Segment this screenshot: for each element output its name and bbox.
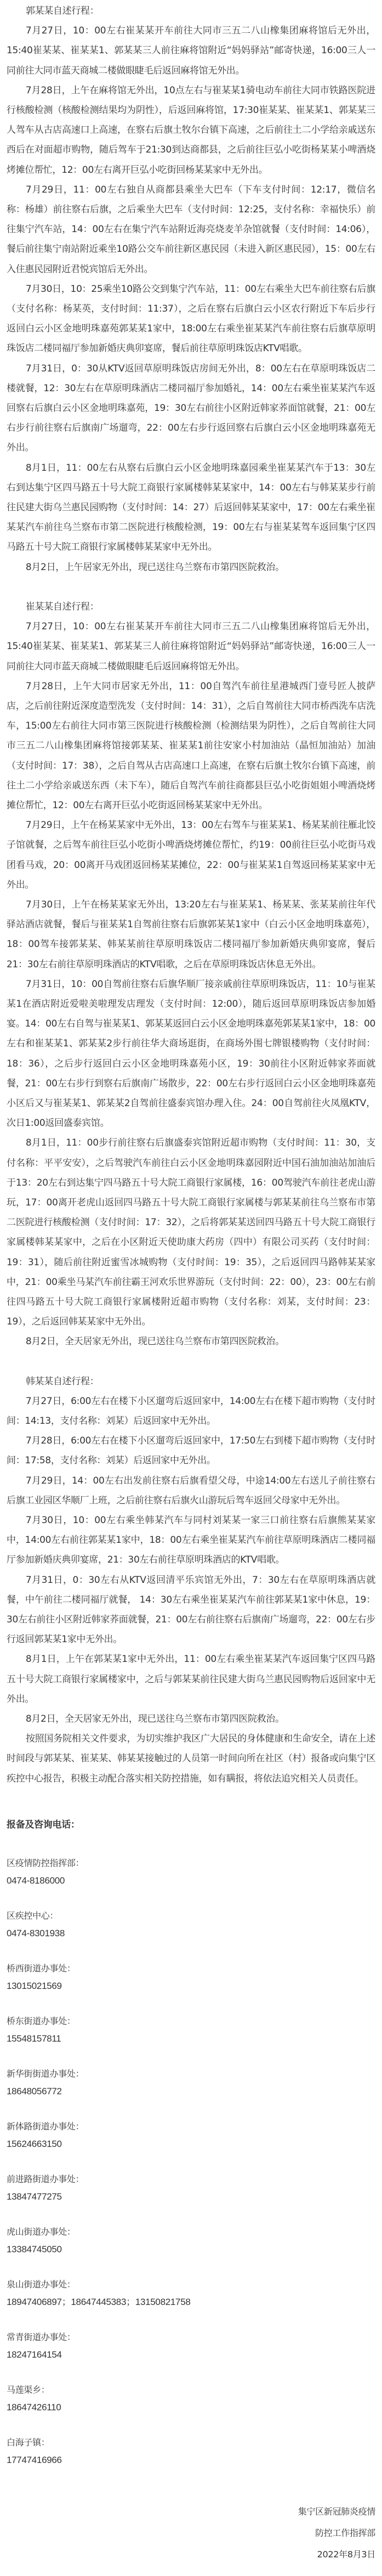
contact-item: 区疾控中心： 0474-8301938 [7,1907,375,1942]
itinerary-section-han: 韩某某自述行程： 7月27日，6:00左右在楼下小区遛弯后返回家中，14:00左… [7,1372,375,1789]
contact-item: 前进路街道办事处： 13847477275 [7,2171,375,2206]
contact-item: 新华街街道办事处： 18648056772 [7,2065,375,2100]
itinerary-paragraph: 7月31日，0：30左右从KTV返回清平乐宾馆无外出，7：30左右在草原明珠酒店… [7,1570,375,1650]
contact-item: 常青街道办事处： 18247164154 [7,2329,375,2364]
signature-org-line1: 集宁区新冠肺炎疫情 [7,2501,375,2522]
contact-label: 桥西街道办事处： [7,1960,375,1977]
section-title: 崔某某自述行程： [7,597,375,617]
itinerary-paragraph: 7月28日，上午在麻将馆无外出，10点左右与崔某某1骑电动车前往大同市铁路医院进… [7,81,375,180]
contact-label: 新体路街道办事处： [7,2118,375,2135]
itinerary-paragraph: 8月1日，11：00左右从察右后旗白云小区金地明珠嘉园乘坐崔某某汽车于13：30… [7,458,375,557]
itinerary-paragraph: 8月2日，全天居家无外出，现已送往乌兰察布市第四医院救治。 [7,1332,375,1351]
document-page: 郭某某自述行程： 7月27日，10：00左右崔某某开车前往大同市三五二八山橡集团… [0,0,382,2576]
contact-phone: 15548157811 [7,2030,375,2048]
itinerary-paragraph: 7月28日，6:00左右在楼下小区遛弯后返回家中，17:50左右到楼下超市购物（… [7,1431,375,1470]
contact-item: 桥西街道办事处： 13015021569 [7,1960,375,1995]
itinerary-paragraph: 7月30日，10：00左右乘坐韩某汽车与同村刘某某一家三口前往察右后旗熊某某家中… [7,1510,375,1570]
itinerary-paragraph: 7月28日，上午大同市居家无外出，11：00自驾汽车前往星港城西门壹号匠人披萨店… [7,677,375,815]
itinerary-paragraph: 7月30日，上午在杨某某家无外出，13:20左右与崔某某1、杨某某、张某某前往年… [7,895,375,974]
itinerary-paragraph: 7月31日，0：30从KTV返回草原明珠饭店房间无外出，8：00左右在草原明珠饭… [7,359,375,458]
contacts-heading: 报备及咨询电话： [7,1815,375,1835]
contact-phone: 0474-8301938 [7,1925,375,1942]
contact-phone: 13384745050 [7,2241,375,2258]
contact-phone: 17747416966 [7,2451,375,2469]
contact-phone: 0474-8186000 [7,1872,375,1890]
contact-label: 马莲渠乡： [7,2381,375,2399]
itinerary-paragraph: 8月1日，11：00步行前往察右后旗盛泰宾馆附近超市购物（支付时间：11：30，… [7,1133,375,1332]
contact-phone: 13847477275 [7,2188,375,2206]
contact-item: 桥东街道办事处： 15548157811 [7,2013,375,2048]
contact-phone: 18247164154 [7,2346,375,2364]
contact-item: 马莲渠乡： 18647426110 [7,2381,375,2416]
contact-phone: 13015021569 [7,1977,375,1995]
contact-phone: 18647426110 [7,2399,375,2416]
itinerary-paragraph: 8月2日，上午居家无外出，现已送往乌兰察布市第四医院救治。 [7,557,375,577]
contact-item: 区疫情防控指挥部： 0474-8186000 [7,1855,375,1890]
contact-item: 新体路街道办事处： 15624663150 [7,2118,375,2153]
contact-phone: 18947406897；18647445383；13150821758 [7,2293,375,2311]
itinerary-paragraph: 7月29日，14：00左右出发前往察右后旗看望父母，中途14:00左右送儿子前往… [7,1471,375,1510]
signature-block: 集宁区新冠肺炎疫情 防控工作指挥部 2022年8月3日 [7,2501,375,2565]
signature-date: 2022年8月3日 [7,2544,375,2565]
contact-list: 区疫情防控指挥部： 0474-8186000 区疾控中心： 0474-83019… [7,1855,375,2469]
contact-label: 白海子镇： [7,2434,375,2451]
itinerary-paragraph: 7月29日，11：00左右独自从商都县乘坐大巴车（下车支付时间：12:17，微信… [7,180,375,279]
notice-paragraph: 按照国务院相关文件要求，为切实维护我区广大居民的身体健康和生命安全，请在上述时间… [7,1729,375,1789]
itinerary-paragraph: 7月30日，10：25乘坐10路公交到集宁汽车站，11：00左右乘坐大巴车前往察… [7,279,375,359]
contact-label: 桥东街道办事处： [7,2013,375,2030]
itinerary-paragraph: 7月27日，10：00左右崔某某开车前往大同市三五二八山橡集团麻将馆后无外出，1… [7,617,375,677]
contact-label: 新华街街道办事处： [7,2065,375,2083]
contact-label: 常青街道办事处： [7,2329,375,2346]
itinerary-section-guo: 郭某某自述行程： 7月27日，10：00左右崔某某开车前往大同市三五二八山橡集团… [7,1,375,577]
section-title: 郭某某自述行程： [7,1,375,21]
contact-item: 泉山街道办事处： 18947406897；18647445383；1315082… [7,2276,375,2311]
contact-phone: 15624663150 [7,2135,375,2153]
contact-label: 虎山街道办事处： [7,2223,375,2241]
itinerary-paragraph: 7月27日，6:00左右在楼下小区遛弯后返回家中，14:00左右在楼下超市购物（… [7,1391,375,1431]
contact-label: 前进路街道办事处： [7,2171,375,2188]
itinerary-paragraph: 7月29日，上午在杨某某家中无外出，13：00左右驾车与崔某某1、杨某某前往雁北… [7,815,375,895]
itinerary-paragraph: 7月27日，10：00左右崔某某开车前往大同市三五二八山橡集团麻将馆后无外出，1… [7,21,375,81]
itinerary-paragraph: 8月1日，上午在郭某某1家中无外出，11：00左右乘坐崔某某汽车返回集宁区四马路… [7,1649,375,1709]
contact-item: 白海子镇： 17747416966 [7,2434,375,2469]
itinerary-section-cui: 崔某某自述行程： 7月27日，10：00左右崔某某开车前往大同市三五二八山橡集团… [7,597,375,1352]
section-title: 韩某某自述行程： [7,1372,375,1391]
contact-label: 区疾控中心： [7,1907,375,1925]
contact-item: 虎山街道办事处： 13384745050 [7,2223,375,2258]
signature-org-line2: 防控工作指挥部 [7,2522,375,2544]
contact-label: 区疫情防控指挥部： [7,1855,375,1872]
itinerary-paragraph: 8月2日，全天居家无外出，现已送往乌兰察布市第四医院救治。 [7,1709,375,1729]
contact-label: 泉山街道办事处： [7,2276,375,2293]
contact-phone: 18648056772 [7,2083,375,2100]
itinerary-paragraph: 7月31日，10：00自驾前往察右后旗华顺厂接亲戚前往草原明珠饭店，11：10与… [7,974,375,1134]
